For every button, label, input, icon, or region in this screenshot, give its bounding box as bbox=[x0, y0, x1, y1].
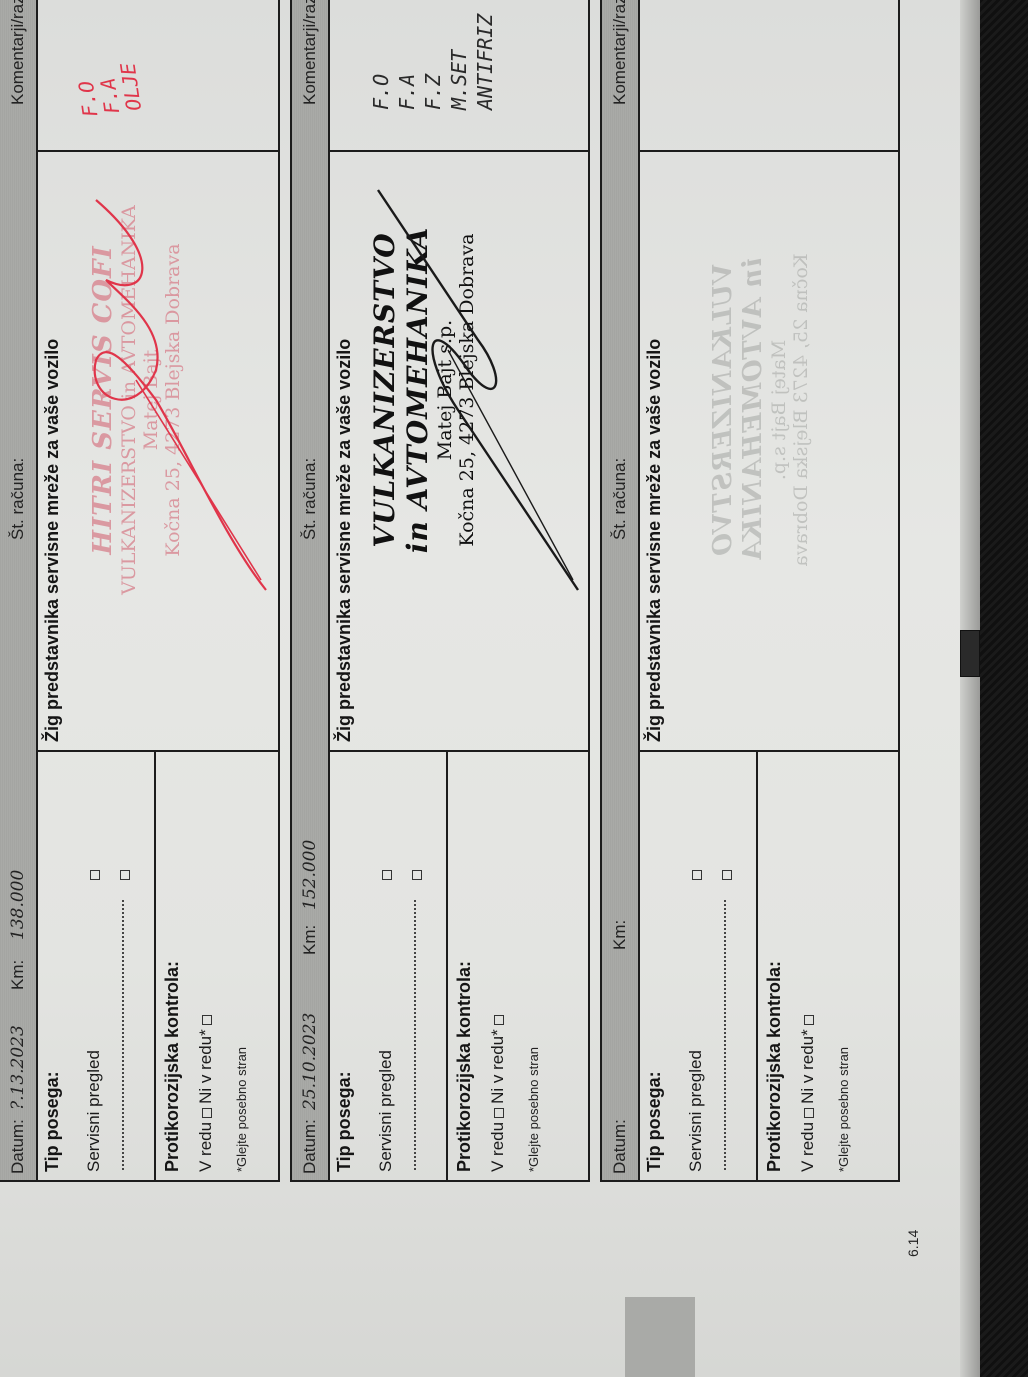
anticorrosion-cell: Protikorozijska kontrola: V reduNi v red… bbox=[156, 750, 278, 1180]
entry-header: Datum: ?.13.2023 Km: 138.000 Št. računa:… bbox=[0, 0, 38, 1180]
datum-label: Datum: bbox=[300, 1119, 320, 1174]
entry-header: Datum: 25.10.2023 Km: 152.000 Št. računa… bbox=[292, 0, 330, 1180]
service-type-cell: Tip posega: Servisni pregled bbox=[36, 750, 156, 1180]
anticorrosion-options: V reduNi v redu* bbox=[488, 1011, 508, 1172]
comment-notes: F.O F.A F.Z M.SET ANTIFRIZ bbox=[368, 14, 498, 110]
not-ok-label: Ni v redu* bbox=[196, 1029, 215, 1104]
comments-cell: F.O F.A OLJE bbox=[36, 0, 278, 150]
datum-label: Datum: bbox=[8, 1119, 28, 1174]
service-type-label: Tip posega: bbox=[42, 1071, 63, 1172]
rotated-page-stage: 6.14 Datum: ?.13.2023 Km: 138.000 Št. ra… bbox=[0, 0, 1028, 1377]
not-ok-checkbox[interactable] bbox=[202, 1015, 212, 1025]
footnote: *Glejte posebno stran bbox=[234, 1047, 249, 1172]
service-check-label: Servisni pregled bbox=[376, 1050, 396, 1172]
not-ok-label: Ni v redu* bbox=[798, 1029, 817, 1104]
comments-label: Komentarji/razl bbox=[8, 0, 28, 105]
other-service-checkbox[interactable] bbox=[412, 870, 422, 880]
not-ok-checkbox[interactable] bbox=[804, 1015, 814, 1025]
service-check-label: Servisni pregled bbox=[686, 1050, 706, 1172]
red-signature bbox=[66, 180, 266, 600]
other-service-line bbox=[122, 900, 124, 1170]
service-check-checkbox[interactable] bbox=[382, 870, 392, 880]
other-service-checkbox[interactable] bbox=[120, 870, 130, 880]
invoice-number-label: Št. računa: bbox=[610, 458, 630, 540]
datum-label: Datum: bbox=[610, 1119, 630, 1174]
other-service-line bbox=[724, 900, 726, 1170]
comments-cell: F.O F.A F.Z M.SET ANTIFRIZ bbox=[328, 0, 588, 150]
page-edge bbox=[960, 0, 980, 1377]
not-ok-label: Ni v redu* bbox=[488, 1029, 507, 1104]
service-type-cell: Tip posega: Servisni pregled bbox=[328, 750, 448, 1180]
comments-label: Komentarji/razl bbox=[300, 0, 320, 105]
service-type-cell: Tip posega: Servisni pregled bbox=[638, 750, 758, 1180]
stamp-cell: Žig predstavnika servisne mreže za vaše … bbox=[36, 150, 278, 750]
datum-value[interactable]: ?.13.2023 bbox=[8, 1025, 28, 1110]
ok-checkbox[interactable] bbox=[804, 1108, 814, 1118]
service-check-checkbox[interactable] bbox=[90, 870, 100, 880]
ok-label: V redu bbox=[488, 1122, 507, 1172]
service-check-label: Servisni pregled bbox=[84, 1050, 104, 1172]
stamp-label: Žig predstavnika servisne mreže za vaše … bbox=[644, 339, 665, 742]
offset-stamp-impression: VULKANIZERSTVO in AVTOMEHANIKA Matej Baj… bbox=[708, 220, 812, 600]
km-label: Km: bbox=[610, 920, 630, 950]
service-check-checkbox[interactable] bbox=[692, 870, 702, 880]
stamp-cell: Žig predstavnika servisne mreže za vaše … bbox=[638, 150, 898, 750]
stamp-cell: Žig predstavnika servisne mreže za vaše … bbox=[328, 150, 588, 750]
ok-label: V redu bbox=[798, 1122, 817, 1172]
page-number: 6.14 bbox=[905, 1230, 921, 1257]
not-ok-checkbox[interactable] bbox=[494, 1015, 504, 1025]
comment-notes: F.O F.A OLJE bbox=[73, 61, 145, 118]
invoice-number-label: Št. računa: bbox=[300, 458, 320, 540]
ok-checkbox[interactable] bbox=[494, 1108, 504, 1118]
anticorrosion-options: V reduNi v redu* bbox=[196, 1011, 216, 1172]
km-value[interactable]: 152.000 bbox=[300, 840, 320, 910]
km-label: Km: bbox=[300, 925, 320, 955]
anticorrosion-label: Protikorozijska kontrola: bbox=[764, 961, 785, 1172]
footnote: *Glejte posebno stran bbox=[526, 1047, 541, 1172]
service-type-label: Tip posega: bbox=[644, 1071, 665, 1172]
other-service-line bbox=[414, 900, 416, 1170]
stamp-label: Žig predstavnika servisne mreže za vaše … bbox=[42, 339, 63, 742]
service-entry-1: Datum: ?.13.2023 Km: 138.000 Št. računa:… bbox=[0, 0, 280, 1182]
comments-label: Komentarji/razl bbox=[610, 0, 630, 105]
entry-header: Datum: Km: Št. računa: Komentarji/razl bbox=[602, 0, 640, 1180]
other-service-checkbox[interactable] bbox=[722, 870, 732, 880]
service-entry-2: Datum: 25.10.2023 Km: 152.000 Št. računa… bbox=[290, 0, 590, 1182]
footnote: *Glejte posebno stran bbox=[836, 1047, 851, 1172]
anticorrosion-label: Protikorozijska kontrola: bbox=[454, 961, 475, 1172]
anticorrosion-cell: Protikorozijska kontrola: V reduNi v red… bbox=[758, 750, 898, 1180]
service-entry-3: Datum: Km: Št. računa: Komentarji/razl T… bbox=[600, 0, 900, 1182]
invoice-number-label: Št. računa: bbox=[8, 458, 28, 540]
datum-value[interactable]: 25.10.2023 bbox=[300, 1013, 320, 1110]
anticorrosion-label: Protikorozijska kontrola: bbox=[162, 961, 183, 1172]
anticorrosion-options: V reduNi v redu* bbox=[798, 1011, 818, 1172]
km-label: Km: bbox=[8, 960, 28, 990]
service-type-label: Tip posega: bbox=[334, 1071, 355, 1172]
ok-checkbox[interactable] bbox=[202, 1108, 212, 1118]
km-value[interactable]: 138.000 bbox=[8, 870, 28, 940]
grey-tab-marker bbox=[625, 1297, 695, 1377]
anticorrosion-cell: Protikorozijska kontrola: V reduNi v red… bbox=[448, 750, 588, 1180]
black-signature bbox=[348, 190, 578, 610]
ok-label: V redu bbox=[196, 1122, 215, 1172]
comments-cell bbox=[638, 0, 898, 150]
binding-clip bbox=[960, 630, 980, 677]
